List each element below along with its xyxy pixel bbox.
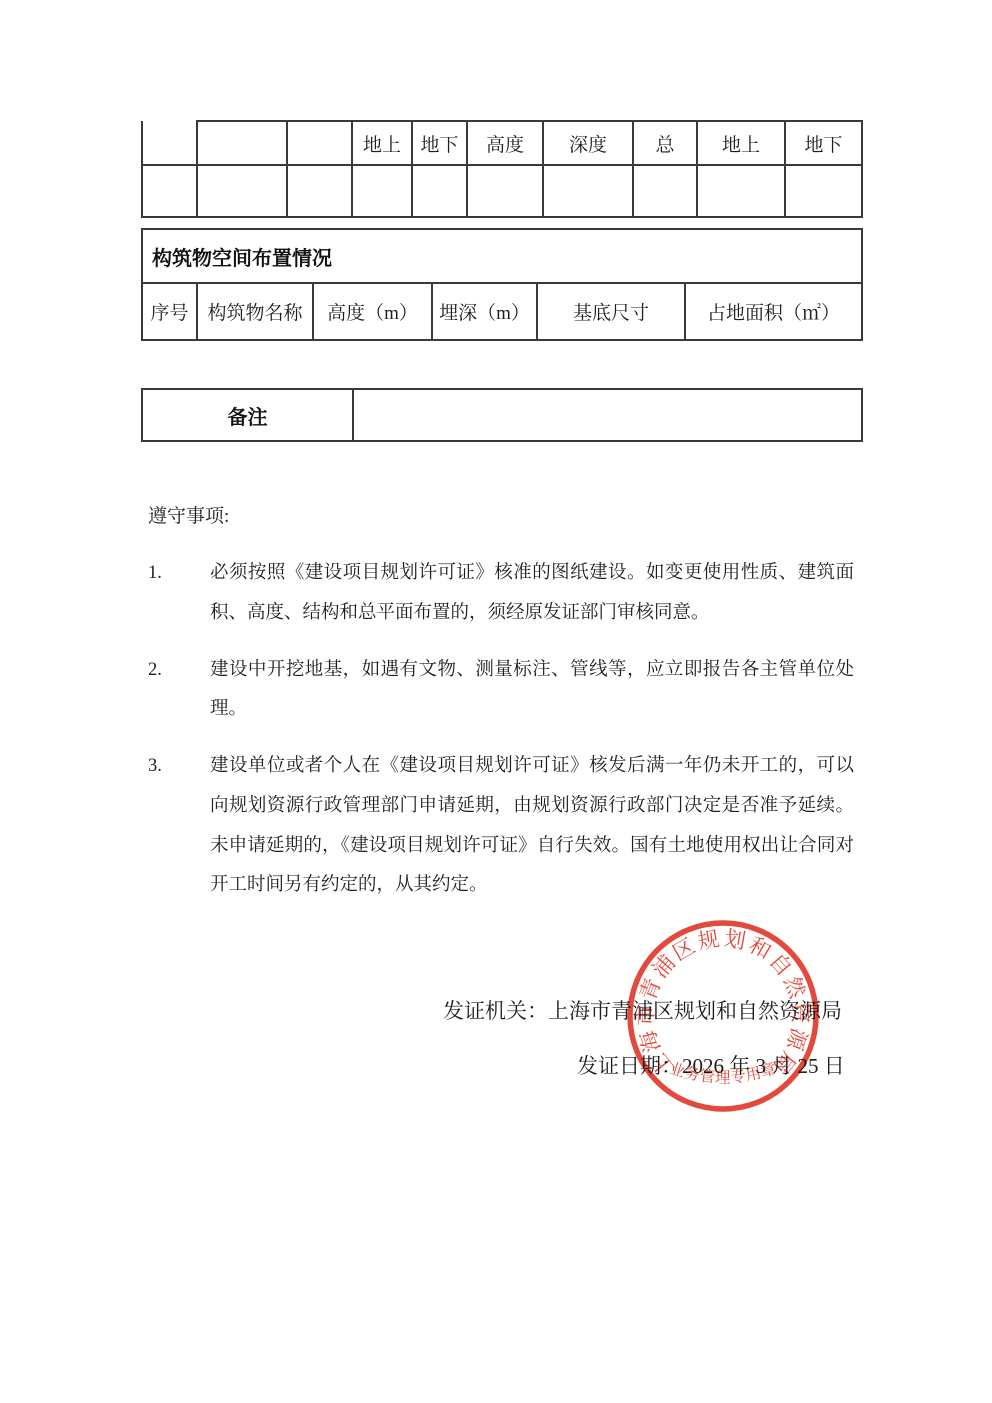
issue-date-value: 2026 年 3 月 25 日 bbox=[682, 1054, 845, 1078]
metrics-empty-cell bbox=[785, 165, 862, 217]
notice-item-number: 3. bbox=[148, 747, 210, 787]
metrics-header-above-ground: 地上 bbox=[697, 121, 785, 165]
notice-item-number: 2. bbox=[148, 651, 210, 691]
metrics-empty-cell bbox=[197, 165, 287, 217]
metrics-header-height: 高度 bbox=[467, 121, 543, 165]
notice-item-3: 3. 建设单位或者个人在《建设项目规划许可证》核发后满一年仍未开工的，可以向规划… bbox=[148, 747, 854, 906]
metrics-header-below-ground: 地下 bbox=[412, 121, 467, 165]
notice-item-text: 必须按照《建设项目规划许可证》核准的图纸建设。如变更使用性质、建筑面积、高度、结… bbox=[210, 554, 854, 634]
metrics-cell bbox=[142, 121, 197, 165]
structures-header-name: 构筑物名称 bbox=[197, 283, 313, 340]
issuing-authority-line: 发证机关：上海市青浦区规划和自然资源局 bbox=[443, 995, 842, 1025]
metrics-empty-cell bbox=[633, 165, 697, 217]
issuing-authority-label: 发证机关： bbox=[443, 999, 548, 1023]
remarks-table: 备注 bbox=[141, 388, 863, 442]
metrics-header-row: 地上 地下 高度 深度 总 地上 地下 bbox=[142, 121, 862, 165]
structures-title-row: 构筑物空间布置情况 bbox=[142, 229, 862, 283]
remarks-row: 备注 bbox=[142, 389, 862, 441]
issue-date-label: 发证日期： bbox=[577, 1054, 682, 1078]
structures-header-row: 序号 构筑物名称 高度（m） 埋深（m） 基底尺寸 占地面积（㎡） bbox=[142, 283, 862, 340]
metrics-empty-cell bbox=[412, 165, 467, 217]
metrics-empty-cell bbox=[543, 165, 633, 217]
structures-table-title: 构筑物空间布置情况 bbox=[142, 229, 862, 283]
issue-date-line: 发证日期：2026 年 3 月 25 日 bbox=[577, 1050, 845, 1080]
structures-header-seq: 序号 bbox=[142, 283, 197, 340]
metrics-empty-cell bbox=[142, 165, 197, 217]
metrics-cell bbox=[287, 121, 352, 165]
metrics-header-depth: 深度 bbox=[543, 121, 633, 165]
structures-header-base-size: 基底尺寸 bbox=[537, 283, 685, 340]
remarks-label: 备注 bbox=[142, 389, 353, 441]
metrics-empty-cell bbox=[352, 165, 412, 217]
issuing-authority-value: 上海市青浦区规划和自然资源局 bbox=[548, 999, 842, 1023]
structures-table: 构筑物空间布置情况 序号 构筑物名称 高度（m） 埋深（m） 基底尺寸 占地面积… bbox=[141, 228, 863, 341]
compliance-notice: 遵守事项: 1. 必须按照《建设项目规划许可证》核准的图纸建设。如变更使用性质、… bbox=[148, 501, 854, 923]
notice-item-number: 1. bbox=[148, 554, 210, 594]
metrics-value-row bbox=[142, 165, 862, 217]
structures-header-buried-depth: 埋深（m） bbox=[432, 283, 537, 340]
metrics-empty-cell bbox=[467, 165, 543, 217]
remarks-value-cell bbox=[353, 389, 862, 441]
notice-item-1: 1. 必须按照《建设项目规划许可证》核准的图纸建设。如变更使用性质、建筑面积、高… bbox=[148, 554, 854, 634]
permit-document-page: 地上 地下 高度 深度 总 地上 地下 构筑物空间布置情况 bbox=[0, 0, 992, 1403]
metrics-cell bbox=[197, 121, 287, 165]
metrics-empty-cell bbox=[287, 165, 352, 217]
notice-heading: 遵守事项: bbox=[148, 501, 854, 528]
metrics-empty-cell bbox=[697, 165, 785, 217]
metrics-header-total: 总 bbox=[633, 121, 697, 165]
structures-header-height: 高度（m） bbox=[313, 283, 432, 340]
notice-item-2: 2. 建设中开挖地基，如遇有文物、测量标注、管线等，应立即报告各主管单位处理。 bbox=[148, 651, 854, 731]
metrics-table: 地上 地下 高度 深度 总 地上 地下 bbox=[141, 120, 863, 218]
metrics-header-below-ground: 地下 bbox=[785, 121, 862, 165]
notice-item-text: 建设单位或者个人在《建设项目规划许可证》核发后满一年仍未开工的，可以向规划资源行… bbox=[210, 747, 854, 906]
metrics-header-above-ground: 地上 bbox=[352, 121, 412, 165]
structures-header-footprint-area: 占地面积（㎡） bbox=[685, 283, 862, 340]
notice-item-text: 建设中开挖地基，如遇有文物、测量标注、管线等，应立即报告各主管单位处理。 bbox=[210, 651, 854, 731]
